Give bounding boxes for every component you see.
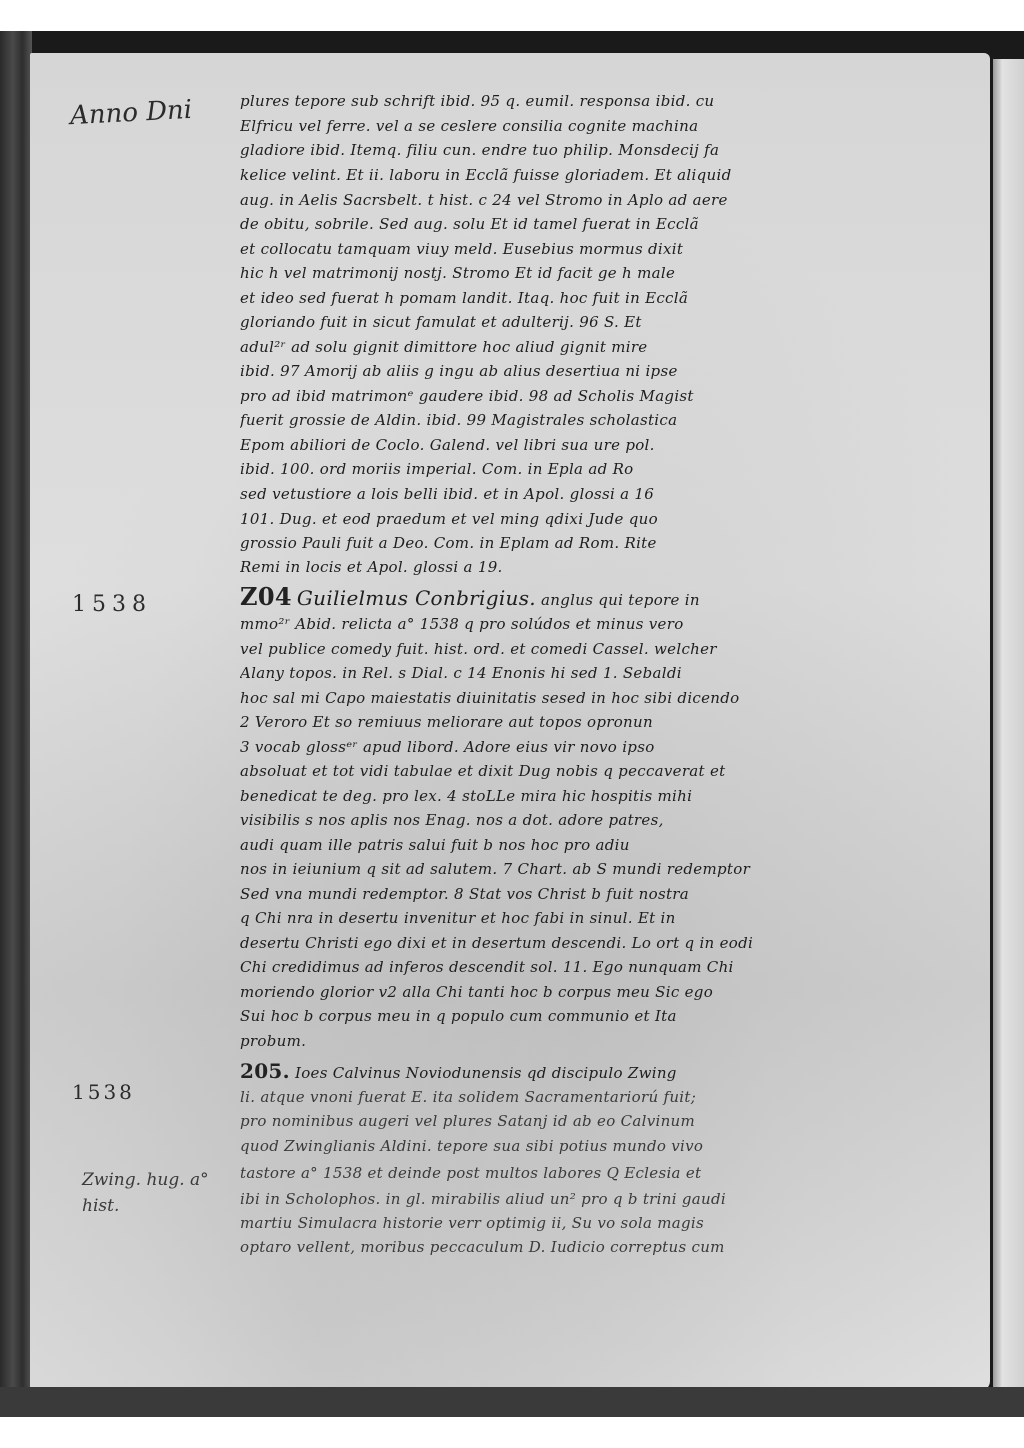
text-line: probum. — [240, 1032, 980, 1050]
entry-205-heading: 205. Ioes Calvinus Noviodunensis qd disc… — [240, 1058, 980, 1084]
text-line: absoluat et tot vidi tabulae et dixit Du… — [240, 762, 980, 780]
scan-bottom-edge — [0, 1387, 1024, 1417]
book-spine — [0, 31, 32, 1417]
text-line: moriendo glorior v2 alla Chi tanti hoc b… — [240, 983, 980, 1001]
text-line: grossio Pauli fuit a Deo. Com. in Eplam … — [240, 534, 980, 552]
entry-heading-text: Ioes Calvinus Noviodunensis qd discipulo… — [295, 1064, 677, 1082]
entry-204-heading: Z04 Guilielmus Conbrigius. anglus qui te… — [240, 582, 980, 612]
text-line: plures tepore sub schrift ibid. 95 q. eu… — [240, 92, 980, 110]
text-line: hic h vel matrimonij nostj. Stromo Et id… — [240, 264, 980, 282]
text-line: ibi in Scholophos. in gl. mirabilis aliu… — [240, 1190, 980, 1208]
text-line: optaro vellent, moribus peccaculum D. Iu… — [240, 1238, 980, 1256]
margin-year-1538-a: 1538 — [72, 592, 152, 617]
margin-heading: Anno Dni — [69, 95, 192, 131]
text-line: adul²ʳ ad solu gignit dimittore hoc aliu… — [240, 338, 980, 356]
text-line: Remi in locis et Apol. glossi a 19. — [240, 558, 980, 576]
text-line: sed vetustiore a lois belli ibid. et in … — [240, 485, 980, 503]
text-line: Elfricu vel ferre. vel a se ceslere cons… — [240, 117, 980, 135]
entry-name: Guilielmus Conbrigius. — [297, 586, 536, 610]
text-line: 2 Veroro Et so remiuus meliorare aut top… — [240, 713, 980, 731]
text-line: pro ad ibid matrimonᵉ gaudere ibid. 98 a… — [240, 387, 980, 405]
adjacent-page-edge — [993, 59, 1024, 1389]
text-line: pro nominibus augeri vel plures Satanj i… — [240, 1112, 980, 1130]
text-line: desertu Christi ego dixi et in desertum … — [240, 934, 980, 952]
margin-year-1538-b: 1538 — [72, 1080, 135, 1104]
margin-note-line-1: Zwing. hug. a° — [82, 1170, 209, 1190]
text-line: tastore a° 1538 et deinde post multos la… — [240, 1164, 980, 1182]
text-line: 101. Dug. et eod praedum et vel ming qdi… — [240, 510, 980, 528]
entry-heading-rest: anglus qui tepore in — [541, 591, 700, 609]
text-line: Alany topos. in Rel. s Dial. c 14 Enonis… — [240, 664, 980, 682]
text-line: ibid. 100. ord moriis imperial. Com. in … — [240, 460, 980, 478]
text-line: Sui hoc b corpus meu in q populo cum com… — [240, 1007, 980, 1025]
text-line: hoc sal mi Capo maiestatis diuinitatis s… — [240, 689, 980, 707]
text-line: aug. in Aelis Sacrsbelt. t hist. c 24 ve… — [240, 191, 980, 209]
text-line: Sed vna mundi redemptor. 8 Stat vos Chri… — [240, 885, 980, 903]
text-line: fuerit grossie de Aldin. ibid. 99 Magist… — [240, 411, 980, 429]
text-line: Chi credidimus ad inferos descendit sol.… — [240, 958, 980, 976]
text-line: vel publice comedy fuit. hist. ord. et c… — [240, 640, 980, 658]
text-line: mmo²ʳ Abid. relicta a° 1538 q pro solúdo… — [240, 615, 980, 633]
text-line: quod Zwinglianis Aldini. tepore sua sibi… — [240, 1137, 980, 1155]
entry-number: Z04 — [240, 582, 292, 611]
text-line: 3 vocab glossᵉʳ apud libord. Adore eius … — [240, 738, 980, 756]
margin-note-line-2: hist. — [82, 1196, 119, 1216]
text-line: kelice velint. Et ii. laboru in Ecclã fu… — [240, 166, 980, 184]
text-line: audi quam ille patris salui fuit b nos h… — [240, 836, 980, 854]
text-line: Epom abiliori de Coclo. Galend. vel libr… — [240, 436, 980, 454]
entry-number: 205. — [240, 1059, 290, 1083]
text-line: ibid. 97 Amorij ab aliis g ingu ab alius… — [240, 362, 980, 380]
text-line: nos in ieiunium q sit ad salutem. 7 Char… — [240, 860, 980, 878]
text-line: martiu Simulacra historie verr optimig i… — [240, 1214, 980, 1232]
text-line: q Chi nra in desertu invenitur et hoc fa… — [240, 909, 980, 927]
text-line: et collocatu tamquam viuy meld. Eusebius… — [240, 240, 980, 258]
text-line: de obitu, sobrile. Sed aug. solu Et id t… — [240, 215, 980, 233]
text-line: gladiore ibid. Itemq. filiu cun. endre t… — [240, 141, 980, 159]
text-line: et ideo sed fuerat h pomam landit. Itaq.… — [240, 289, 980, 307]
text-line: benedicat te deg. pro lex. 4 stoLLe mira… — [240, 787, 980, 805]
text-line: li. atque vnoni fuerat E. ita solidem Sa… — [240, 1088, 980, 1106]
text-line: gloriando fuit in sicut famulat et adult… — [240, 313, 980, 331]
text-line: visibilis s nos aplis nos Enag. nos a do… — [240, 811, 980, 829]
